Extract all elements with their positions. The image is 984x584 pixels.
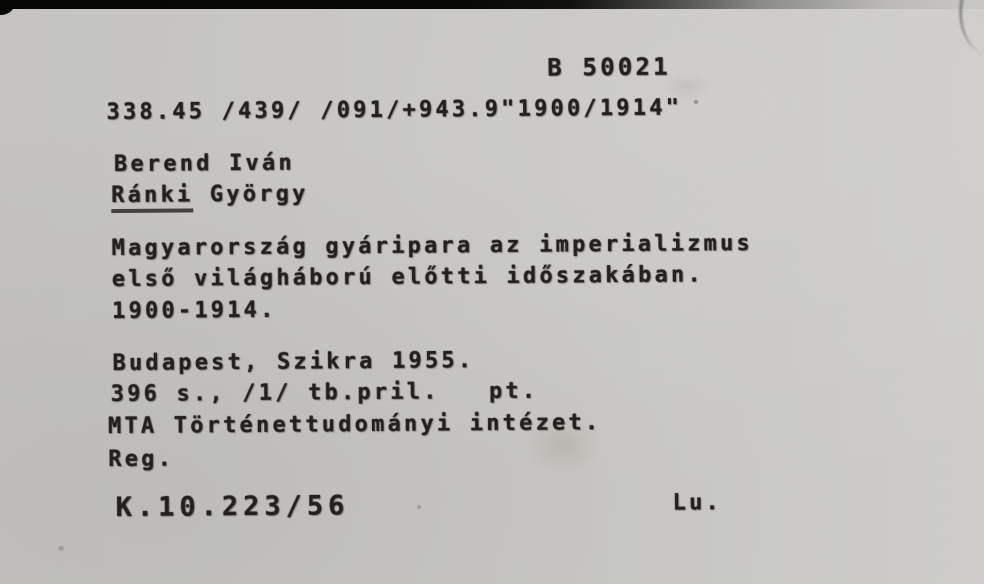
- catalog-card-scan: B 50021 338.45 /439/ /091/+943.9"1900/19…: [0, 0, 984, 584]
- title-line-1: Magyarország gyáripara az imperializmus: [111, 231, 753, 261]
- cataloguer-initials: Lu.: [673, 490, 723, 515]
- author-2-given-name: György: [193, 182, 308, 208]
- author-line-2: Ránki György: [111, 182, 309, 214]
- classification-line: 338.45 /439/ /091/+943.9"1900/1914": [106, 96, 682, 126]
- inventory-number: B 50021: [547, 53, 671, 82]
- imprint-line: Budapest, Szikra 1955.: [112, 348, 474, 376]
- title-line-2: első világháború előtti időszakában.: [112, 262, 704, 292]
- title-date-range: 1900-1914.: [112, 298, 277, 324]
- note-line: Reg.: [108, 447, 174, 473]
- author-2-surname-underlined: Ránki: [111, 182, 193, 213]
- typed-text-layer: B 50021 338.45 /439/ /091/+943.9"1900/19…: [0, 0, 984, 584]
- collation-line: 396 s., /1/ tb.pril. pt.: [111, 379, 539, 407]
- accession-number: K.10.223/56: [116, 490, 350, 523]
- author-line-1: Berend Iván: [114, 151, 295, 177]
- institution-line: MTA Történettudományi intézet.: [108, 410, 602, 439]
